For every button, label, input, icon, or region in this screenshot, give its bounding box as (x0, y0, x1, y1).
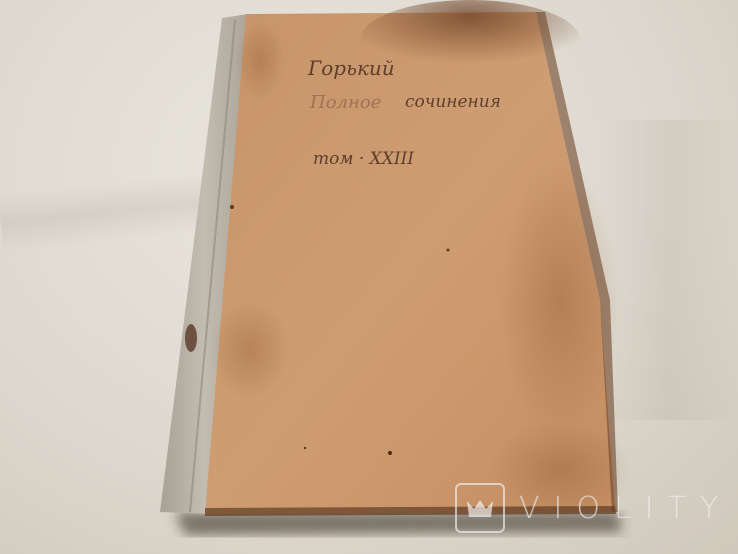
inscription-volume: том · XXIII (313, 149, 414, 169)
inscription-faded-word: Полное (310, 92, 381, 113)
book (0, 0, 738, 554)
inscription-author: Горький (308, 56, 395, 80)
watermark-logo-box (455, 483, 505, 533)
inscription-title: сочинения (405, 92, 501, 112)
crown-icon (465, 497, 495, 519)
watermark: VIOLITY (455, 483, 732, 533)
watermark-brand: VIOLITY (519, 491, 732, 526)
photo-scene: Горький Полное сочинения том · XXIII VIO… (0, 0, 738, 554)
